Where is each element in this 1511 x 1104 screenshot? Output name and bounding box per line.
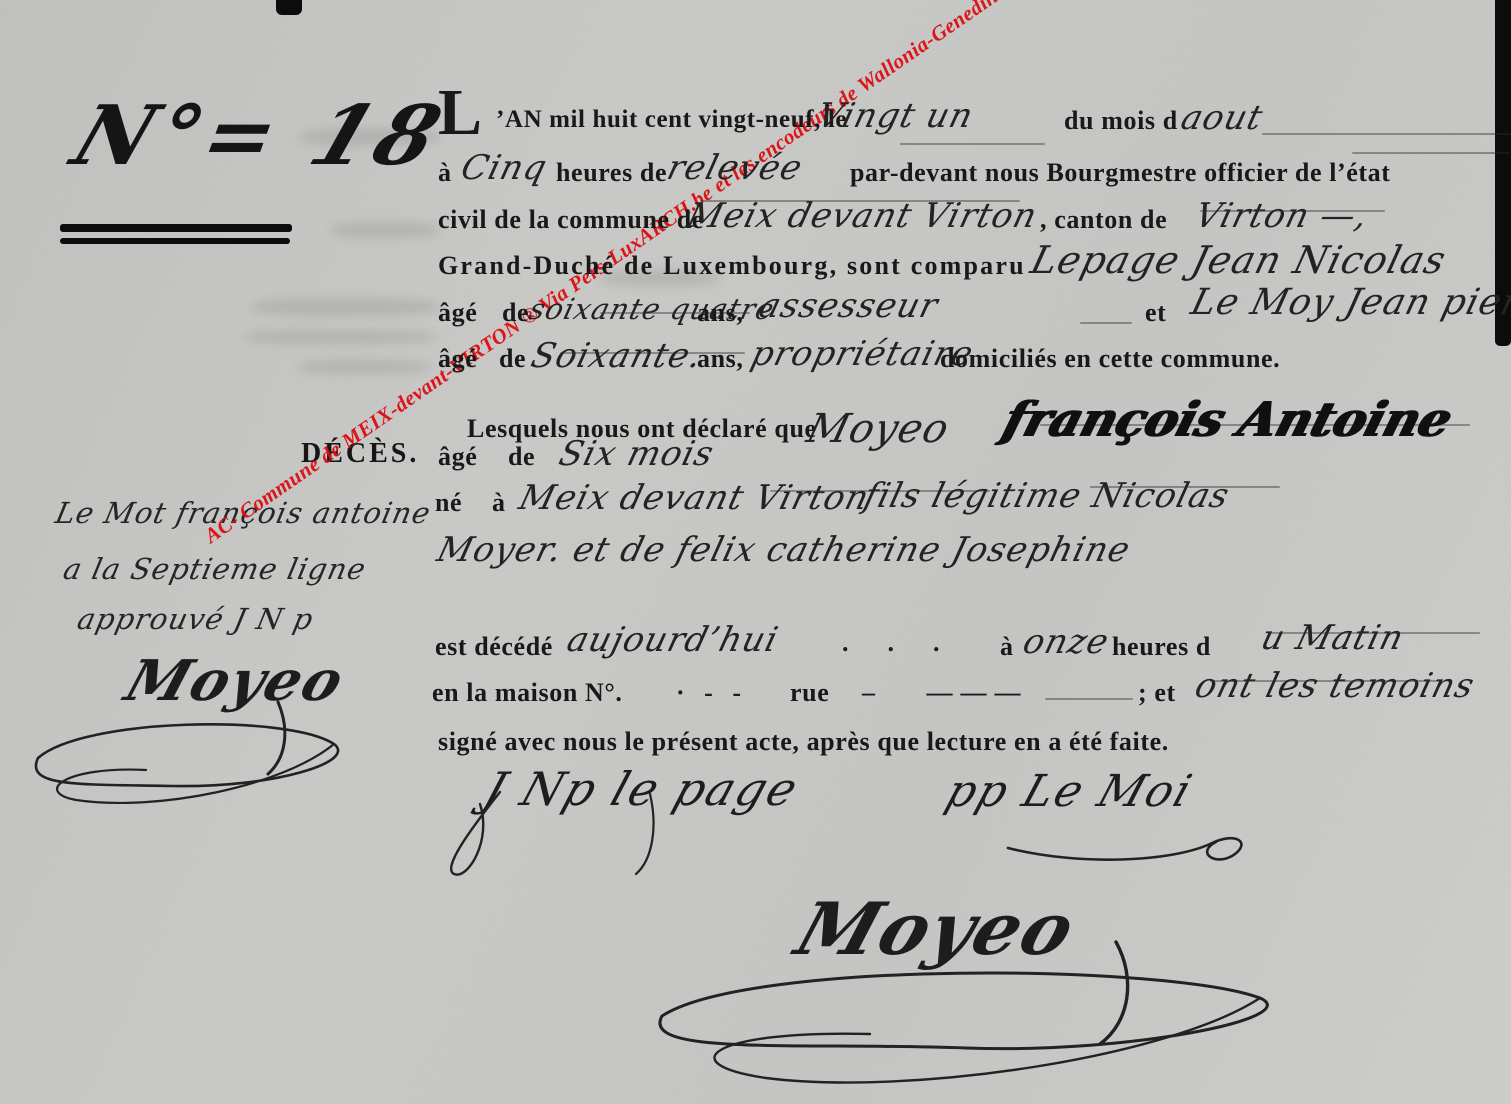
blank-rule [1045, 698, 1133, 700]
body-line4-printed: Grand-Duché de Luxembourg, sont comparu [438, 251, 1026, 281]
hand-entry-month: aout [1177, 98, 1267, 138]
hand-entry-filiation: fils légitime Nicolas [860, 476, 1234, 516]
hand-entry-age-2: Soixante. [527, 336, 707, 376]
body-line8-printed: âgé [438, 442, 477, 472]
act-number-underline-1 [60, 224, 292, 232]
blank-rule [1200, 210, 1385, 212]
hand-entry-deceased-surname: Moyeo [802, 406, 954, 452]
hand-entry-profession-1: assesseur [755, 286, 942, 326]
body-line3-printed: civil de la commune de [438, 205, 704, 235]
hand-entry-death-ampm: u Matin [1257, 618, 1408, 658]
signature-lepage-flourish [440, 790, 740, 880]
body-line2-printed3: par-devant nous Bourgmestre officier de … [850, 158, 1391, 188]
body-line12-printed2: rue [790, 678, 829, 708]
blank-rule [1210, 680, 1440, 682]
hand-entry-deceased-age: Six mois [555, 434, 718, 474]
bleedthrough-smudge [244, 330, 436, 344]
body-line12-printed: en la maison N°. [432, 678, 622, 708]
body-line1-printed: ’AN mil huit cent vingt-neuf, le [496, 106, 847, 134]
blank-rule [700, 200, 1020, 202]
body-line1-initial: L [438, 80, 483, 146]
hand-entry-parents: Moyer. et de felix catherine Josephine [433, 530, 1135, 570]
leader-dots: · - - [676, 678, 741, 708]
hand-entry-birthplace: Meix devant Virton [515, 478, 874, 518]
hand-entry-hour: Cinq [457, 148, 552, 188]
body-line12-printed3: ; et [1138, 678, 1176, 708]
blank-rule [1352, 152, 1510, 154]
body-line3-printed2: , canton de [1040, 205, 1167, 235]
margin-signature-flourish [28, 700, 358, 815]
act-number-underline-2 [60, 238, 290, 244]
blank-rule [1080, 322, 1132, 324]
body-line8-printed2: de [508, 442, 535, 472]
strike-rule [1268, 632, 1480, 634]
hand-entry-death-day: aujourd’hui [563, 620, 783, 660]
death-certificate-scan: N°= 18 DÉCÈS. Le Mot françois antoine a … [0, 0, 1511, 1104]
signature-moyeo-large-flourish [648, 938, 1308, 1100]
bleedthrough-smudge [330, 222, 440, 238]
blank-rule [1262, 133, 1511, 135]
body-line9-printed2: à [492, 488, 506, 518]
body-line11-printed2: à [1000, 632, 1014, 662]
body-line5-printed: âgé [438, 298, 477, 328]
body-line5-printed4: et [1145, 298, 1166, 328]
body-line2-printed2: heures de [556, 158, 667, 188]
hand-entry-witnesses: ont les temoins [1191, 666, 1479, 706]
body-line11-printed3: heures d [1112, 632, 1211, 662]
hand-entry-day: Vingt un [813, 96, 978, 136]
blank-rule [900, 143, 1045, 145]
body-line6-printed: âgé [438, 344, 477, 374]
body-line6-printed3: ans, [697, 344, 743, 374]
body-line6-printed2: de [499, 344, 526, 374]
margin-note-line-2: a la Septieme ligne [60, 552, 369, 586]
bleedthrough-smudge [298, 360, 430, 374]
body-line13-printed: signé avec nous le présent acte, après q… [438, 727, 1169, 757]
hand-entry-canton: Virton —, [1191, 196, 1373, 236]
bleedthrough-smudge [252, 298, 440, 316]
hand-entry-death-hour: onze [1019, 622, 1113, 662]
body-line5-printed2: de [502, 298, 529, 328]
scan-artifact-top [276, 0, 302, 15]
body-line5-printed3: ans, [697, 298, 743, 328]
body-line2-printed: à [438, 158, 452, 188]
leader-dots: . . . [842, 628, 940, 658]
body-line11-printed: est décédé [435, 632, 553, 662]
body-line6-printed4: domiciliés en cette commune. [940, 344, 1280, 374]
hand-entry-commune: Meix devant Virton [683, 196, 1042, 236]
act-number: N°= 18 [61, 88, 459, 184]
margin-note-line-3: approuvé J N p [74, 602, 316, 636]
signature-lemoi: pp Le Moi [940, 766, 1200, 817]
hand-entry-declarant-1: Lepage Jean Nicolas [1027, 238, 1451, 282]
body-line9-printed: né [435, 488, 462, 518]
hand-entry-declarant-2: Le Moy Jean pierre [1187, 282, 1511, 323]
signature-lemoi-flourish [1000, 818, 1260, 868]
leader-dots: – ——— [862, 678, 1029, 708]
body-line1-printed2: du mois d [1064, 106, 1178, 136]
hand-entry-deceased-name-heavy: françois Antoine [997, 392, 1458, 448]
hand-entry-releve: relevée [663, 148, 807, 188]
blank-rule [1090, 486, 1280, 488]
